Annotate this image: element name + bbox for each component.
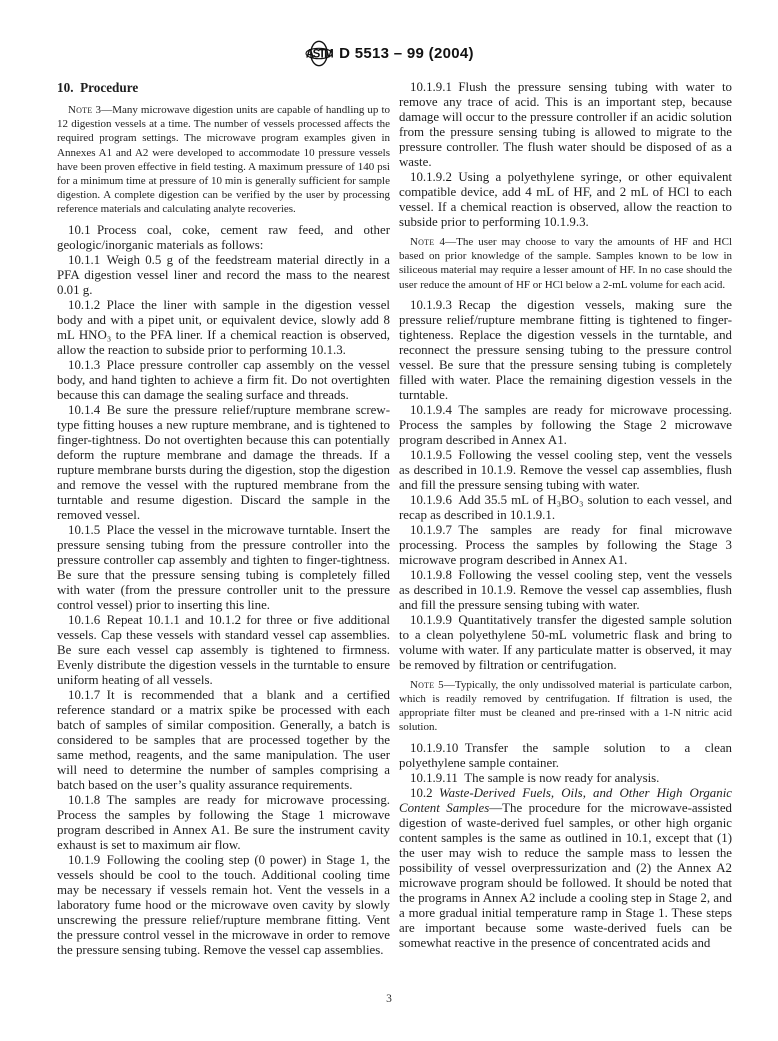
para-10-1-9-3: 10.1.9.3 Recap the digestion vessels, ma… [399, 298, 732, 403]
page-footer: 3 [0, 993, 778, 1005]
para-10-1-8: 10.1.8 The samples are ready for microwa… [57, 793, 390, 853]
para-10-1-3: 10.1.3 Place pressure controller cap ass… [57, 358, 390, 403]
para-10-1-2: 10.1.2 Place the liner with sample in th… [57, 298, 390, 358]
standard-designation: D 5513 – 99 (2004) [339, 45, 474, 62]
note-label: Note 3 [68, 104, 101, 116]
note-label: Note 5 [410, 679, 444, 691]
para-10-1-9-1: 10.1.9.1 Flush the pressure sensing tubi… [399, 80, 732, 170]
para-10-1-5: 10.1.5 Place the vessel in the microwave… [57, 523, 390, 613]
para-10-1: 10.1 Process coal, coke, cement raw feed… [57, 223, 390, 253]
para-10-1-6: 10.1.6 Repeat 10.1.1 and 10.1.2 for thre… [57, 613, 390, 688]
note-text: —Typically, the only undissolved materia… [399, 679, 732, 734]
svg-text:ASTM: ASTM [306, 49, 333, 61]
para-10-1-1: 10.1.1 Weigh 0.5 g of the feedstream mat… [57, 253, 390, 298]
document-page: ASTM D 5513 – 99 (2004) 10. Procedure No… [0, 0, 778, 1041]
section-text: —The procedure for the microwave-assiste… [399, 801, 732, 950]
para-10-1-9-11: 10.1.9.11 The sample is now ready for an… [399, 771, 732, 786]
para-10-1-9-5: 10.1.9.5 Following the vessel cooling st… [399, 448, 732, 493]
section-number: 10.2 [410, 786, 439, 800]
para-10-1-9-8: 10.1.9.8 Following the vessel cooling st… [399, 568, 732, 613]
page-number: 3 [386, 993, 392, 1005]
right-column: 10.1.9.1 Flush the pressure sensing tubi… [399, 80, 732, 958]
para-10-1-9-2: 10.1.9.2 Using a polyethylene syringe, o… [399, 170, 732, 230]
para-10-1-4: 10.1.4 Be sure the pressure relief/ruptu… [57, 403, 390, 523]
astm-logo-icon: ASTM [304, 40, 334, 67]
para-10-1-9-7: 10.1.9.7 The samples are ready for final… [399, 523, 732, 568]
page-header: ASTM D 5513 – 99 (2004) [0, 40, 778, 67]
note-text: —Many microwave digestion units are capa… [57, 104, 390, 215]
note-text: —The user may choose to vary the amounts… [399, 236, 732, 291]
para-10-1-9-4: 10.1.9.4 The samples are ready for micro… [399, 403, 732, 448]
left-column: 10. Procedure Note 3—Many microwave dige… [57, 80, 390, 958]
note-4: Note 4—The user may choose to vary the a… [399, 235, 732, 292]
para-10-1-9-10: 10.1.9.10 Transfer the sample solution t… [399, 741, 732, 771]
two-column-body: 10. Procedure Note 3—Many microwave dige… [57, 80, 732, 958]
para-10-1-9: 10.1.9 Following the cooling step (0 pow… [57, 853, 390, 958]
note-3: Note 3—Many microwave digestion units ar… [57, 103, 390, 217]
para-10-1-9-9: 10.1.9.9 Quantitatively transfer the dig… [399, 613, 732, 673]
para-10-2: 10.2 Waste-Derived Fuels, Oils, and Othe… [399, 786, 732, 951]
note-5: Note 5—Typically, the only undissolved m… [399, 678, 732, 735]
note-label: Note 4 [410, 236, 445, 248]
section-heading-procedure: 10. Procedure [57, 80, 390, 96]
para-10-1-9-6: 10.1.9.6 Add 35.5 mL of H₃BO₃ solution t… [399, 493, 732, 523]
para-10-1-7: 10.1.7 It is recommended that a blank an… [57, 688, 390, 793]
